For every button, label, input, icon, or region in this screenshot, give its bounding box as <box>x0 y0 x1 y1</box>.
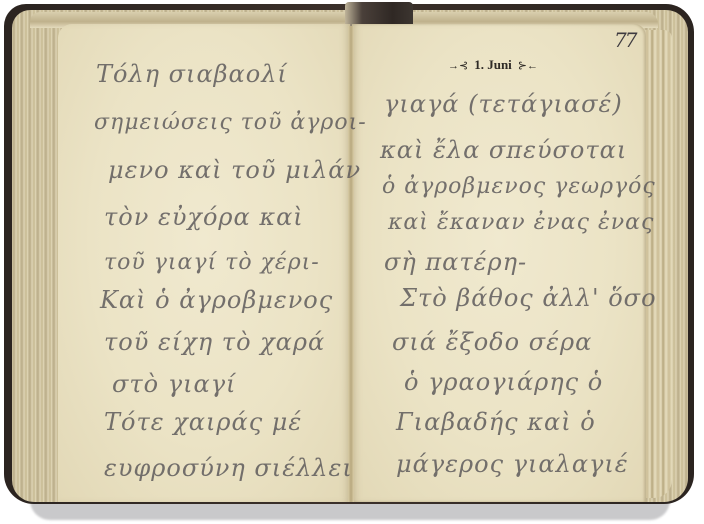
ornament-left-icon: →⊰ <box>448 59 468 72</box>
gutter <box>348 26 354 502</box>
date-label: 1. Juni <box>474 57 512 73</box>
right-line-6: Στὸ βάθος ἀλλ' ὅσο <box>400 286 657 310</box>
left-line-4: τὸν εὐχόρα καὶ <box>104 205 304 229</box>
right-line-3: ὁ ἀγροβμενος γεωργός <box>382 176 656 198</box>
left-line-5: τοῦ γιαγί τὸ χέρι- <box>104 252 320 274</box>
right-line-4: καὶ ἔκαναν ἐνας ἐνας <box>388 212 654 234</box>
left-line-3: μενο καὶ τοῦ μιλάν <box>108 158 361 182</box>
left-line-2: σημειώσεις τοῦ ἀγροι- <box>94 112 367 134</box>
right-line-5: σὴ πατέρη- <box>384 250 527 274</box>
spine-headband <box>345 2 413 26</box>
printed-date-header: →⊰ 1. Juni ⊱← <box>448 57 538 73</box>
left-line-9: Τότε χαιράς μέ <box>104 410 302 434</box>
right-line-2: καὶ ἔλα σπεύσοται <box>380 138 627 162</box>
right-line-8: ὁ γραογιάρης ὁ <box>404 370 603 394</box>
right-line-1: γιαγά (τετάγιασέ) <box>384 92 623 116</box>
left-line-10: ευφροσύνη σιέλλει <box>104 456 353 480</box>
left-line-1: Τόλη σιαβαολί <box>96 62 288 86</box>
left-line-6: Καὶ ὁ ἀγροβμενος <box>100 288 333 312</box>
right-fore-edge-leaves <box>644 30 672 498</box>
right-line-7: σιά ἔξοδο σέρα <box>392 330 592 354</box>
page-number: 77 <box>614 28 635 52</box>
right-line-10: μάγερος γιαλαγιέ <box>396 452 629 476</box>
ornament-right-icon: ⊱← <box>518 59 538 72</box>
left-line-7: τοῦ είχη τὸ χαρά <box>104 330 325 354</box>
left-line-8: στὸ γιαγί <box>112 372 236 396</box>
right-line-9: Γιαβαδής καὶ ὁ <box>396 410 596 434</box>
